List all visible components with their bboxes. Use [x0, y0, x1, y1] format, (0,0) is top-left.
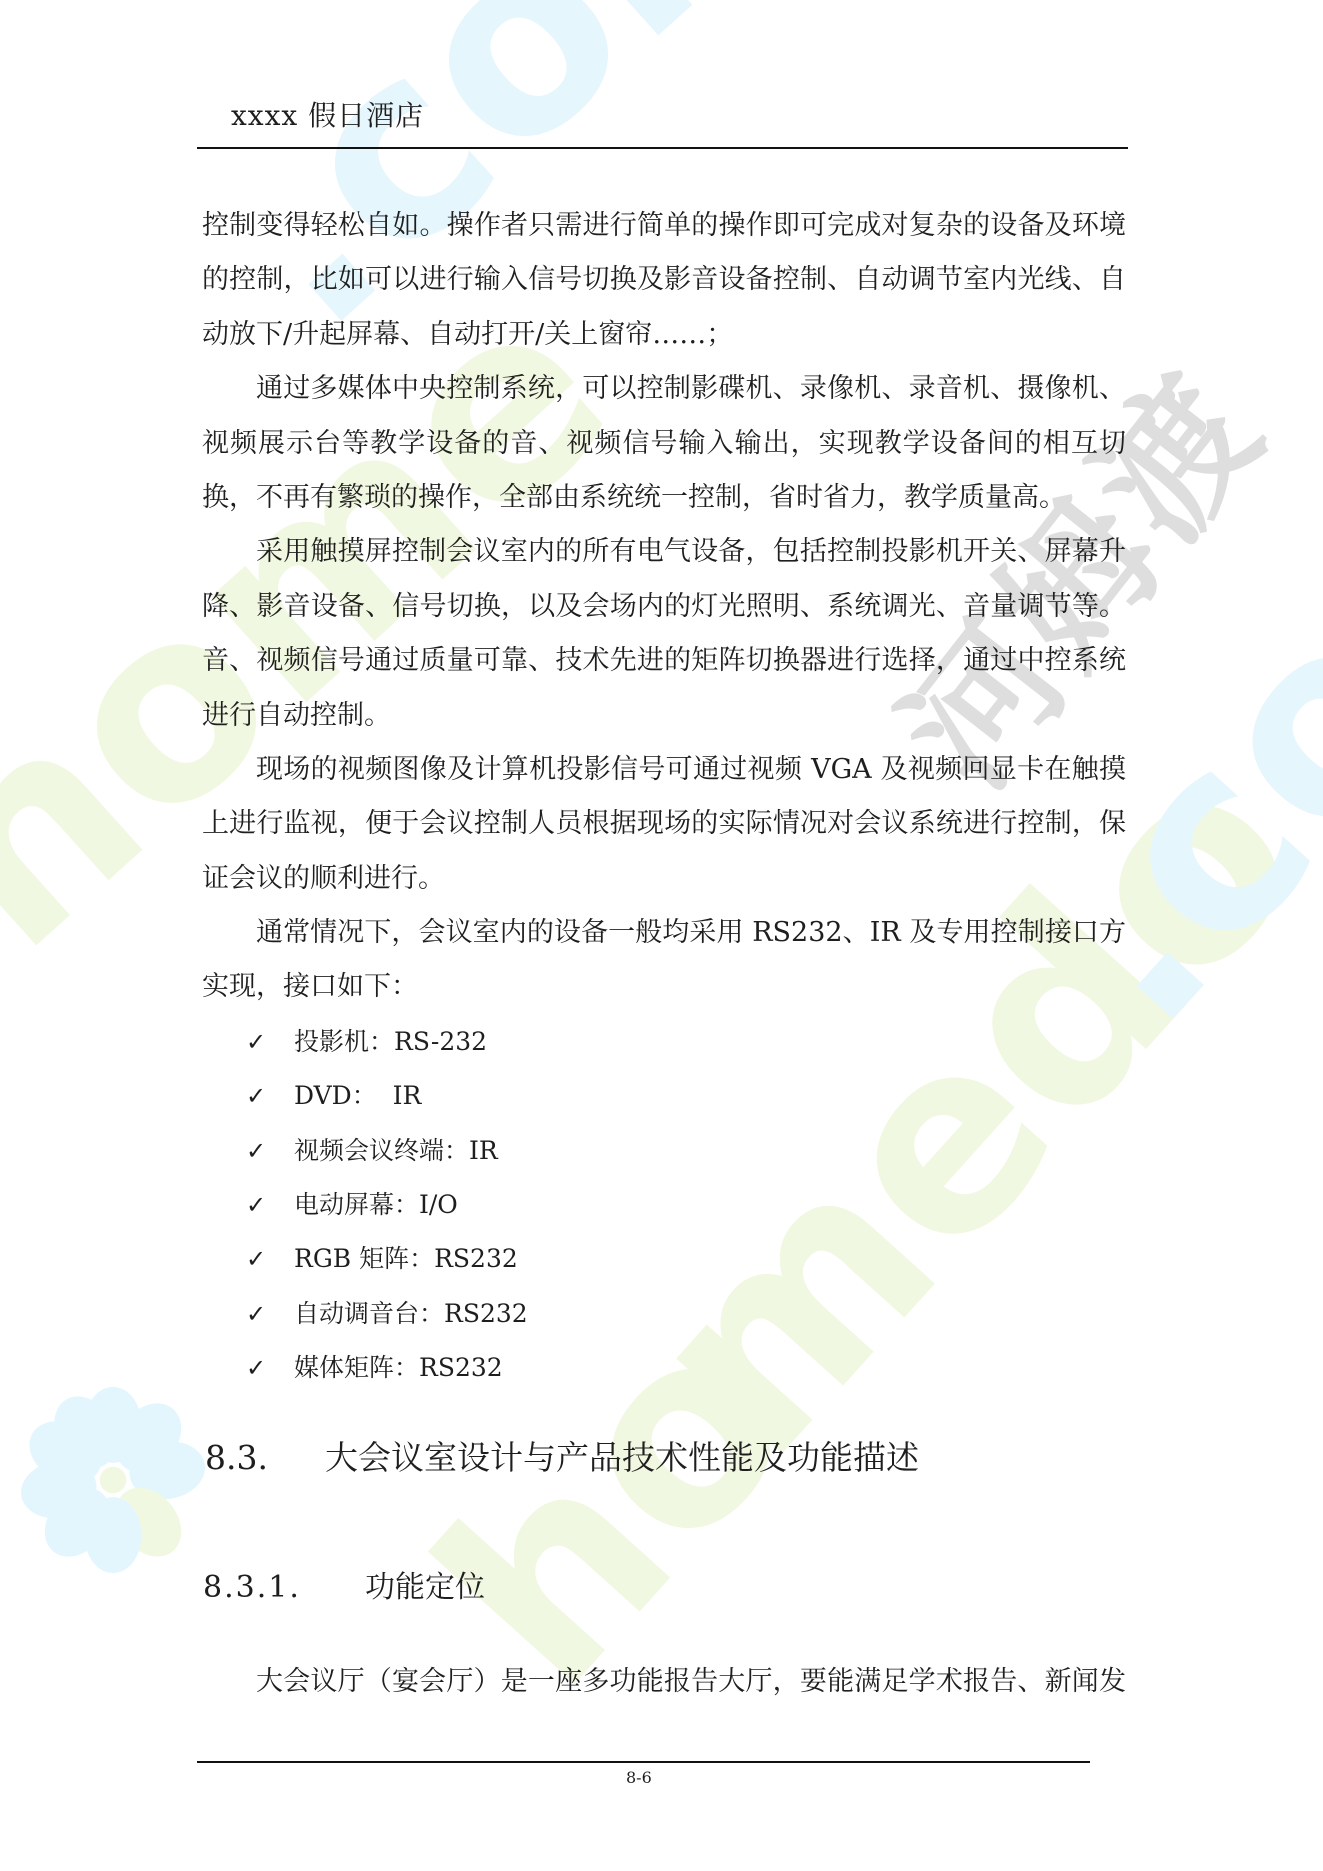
body-content: 控制变得轻松自如。操作者只需进行简单的操作即可完成对复杂的设备及环境 的控制，比…: [202, 199, 1126, 1396]
paragraph: 采用触摸屏控制会议室内的所有电气设备，包括控制投影机开关、屏幕升 降、影音设备、…: [202, 525, 1126, 743]
list-item-text: DVD： IR: [294, 1069, 421, 1123]
list-item: ✓ 媒体矩阵：RS232: [202, 1341, 1126, 1395]
text-line: 上进行监视，便于会议控制人员根据现场的实际情况对会议系统进行控制，保: [202, 797, 1126, 851]
check-icon: ✓: [246, 1178, 268, 1232]
text-line: 换，不再有繁琐的操作，全部由系统统一控制，省时省力，教学质量高。: [202, 471, 1126, 525]
text-line: 采用触摸屏控制会议室内的所有电气设备，包括控制投影机开关、屏幕升: [202, 525, 1126, 579]
interface-list: ✓ 投影机：RS-232 ✓ DVD： IR ✓ 视频会议终端：IR ✓ 电动屏…: [202, 1015, 1126, 1396]
text-line: 证会议的顺利进行。: [202, 852, 1126, 906]
check-icon: ✓: [246, 1341, 268, 1395]
text-line: 现场的视频图像及计算机投影信号可通过视频 VGA 及视频回显卡在触摸屏: [202, 743, 1126, 797]
section-number: 8.3.: [205, 1435, 325, 1481]
text-line: 大会议厅（宴会厅）是一座多功能报告大厅，要能满足学术报告、新闻发: [202, 1655, 1126, 1709]
text-line: 降、影音设备、信号切换，以及会场内的灯光照明、系统调光、音量调节等。: [202, 580, 1126, 634]
list-item-text: 媒体矩阵：RS232: [294, 1341, 503, 1395]
paragraph: 通过多媒体中央控制系统，可以控制影碟机、录像机、录音机、摄像机、 视频展示台等教…: [202, 362, 1126, 525]
list-item: ✓ RGB 矩阵：RS232: [202, 1232, 1126, 1286]
paragraph: 通常情况下，会议室内的设备一般均采用 RS232、IR 及专用控制接口方式 实现…: [202, 906, 1126, 1015]
paragraph: 大会议厅（宴会厅）是一座多功能报告大厅，要能满足学术报告、新闻发: [202, 1655, 1126, 1709]
list-item: ✓ DVD： IR: [202, 1069, 1126, 1123]
list-item: ✓ 电动屏幕：I/O: [202, 1178, 1126, 1232]
text-line: 的控制，比如可以进行输入信号切换及影音设备控制、自动调节室内光线、自: [202, 253, 1126, 307]
flower-logo-icon: [18, 1385, 208, 1575]
check-icon: ✓: [246, 1287, 268, 1341]
list-item-text: 自动调音台：RS232: [294, 1287, 528, 1341]
subsection-heading: 8.3.1. 功能定位: [203, 1566, 485, 1610]
check-icon: ✓: [246, 1232, 268, 1286]
list-item-text: RGB 矩阵：RS232: [294, 1232, 518, 1286]
paragraph: 现场的视频图像及计算机投影信号可通过视频 VGA 及视频回显卡在触摸屏 上进行监…: [202, 743, 1126, 906]
check-icon: ✓: [246, 1124, 268, 1178]
text-line: 通常情况下，会议室内的设备一般均采用 RS232、IR 及专用控制接口方式: [202, 906, 1126, 960]
paragraph: 控制变得轻松自如。操作者只需进行简单的操作即可完成对复杂的设备及环境 的控制，比…: [202, 199, 1126, 362]
text-line: 实现，接口如下：: [202, 960, 1126, 1014]
section-title: 大会议室设计与产品技术性能及功能描述: [325, 1435, 919, 1481]
section-heading: 8.3. 大会议室设计与产品技术性能及功能描述: [205, 1435, 919, 1481]
list-item-text: 投影机：RS-232: [294, 1015, 487, 1069]
list-item: ✓ 投影机：RS-232: [202, 1015, 1126, 1069]
text-line: 通过多媒体中央控制系统，可以控制影碟机、录像机、录音机、摄像机、: [202, 362, 1126, 416]
list-item: ✓ 视频会议终端：IR: [202, 1124, 1126, 1178]
page-number: 8-6: [626, 1768, 652, 1788]
check-icon: ✓: [246, 1015, 268, 1069]
text-line: 视频展示台等教学设备的音、视频信号输入输出，实现教学设备间的相互切: [202, 417, 1126, 471]
subsection-number: 8.3.1.: [203, 1566, 365, 1610]
text-line: 进行自动控制。: [202, 689, 1126, 743]
header-divider: [197, 147, 1128, 149]
text-line: 控制变得轻松自如。操作者只需进行简单的操作即可完成对复杂的设备及环境: [202, 199, 1126, 253]
text-line: 动放下/升起屏幕、自动打开/关上窗帘……；: [202, 308, 1126, 362]
check-icon: ✓: [246, 1069, 268, 1123]
page-header-title: xxxx 假日酒店: [231, 96, 424, 136]
list-item-text: 视频会议终端：IR: [294, 1124, 498, 1178]
subsection-title: 功能定位: [365, 1566, 485, 1610]
footer-divider: [197, 1761, 1090, 1763]
text-line: 音、视频信号通过质量可靠、技术先进的矩阵切换器进行选择，通过中控系统: [202, 634, 1126, 688]
list-item-text: 电动屏幕：I/O: [294, 1178, 458, 1232]
list-item: ✓ 自动调音台：RS232: [202, 1287, 1126, 1341]
